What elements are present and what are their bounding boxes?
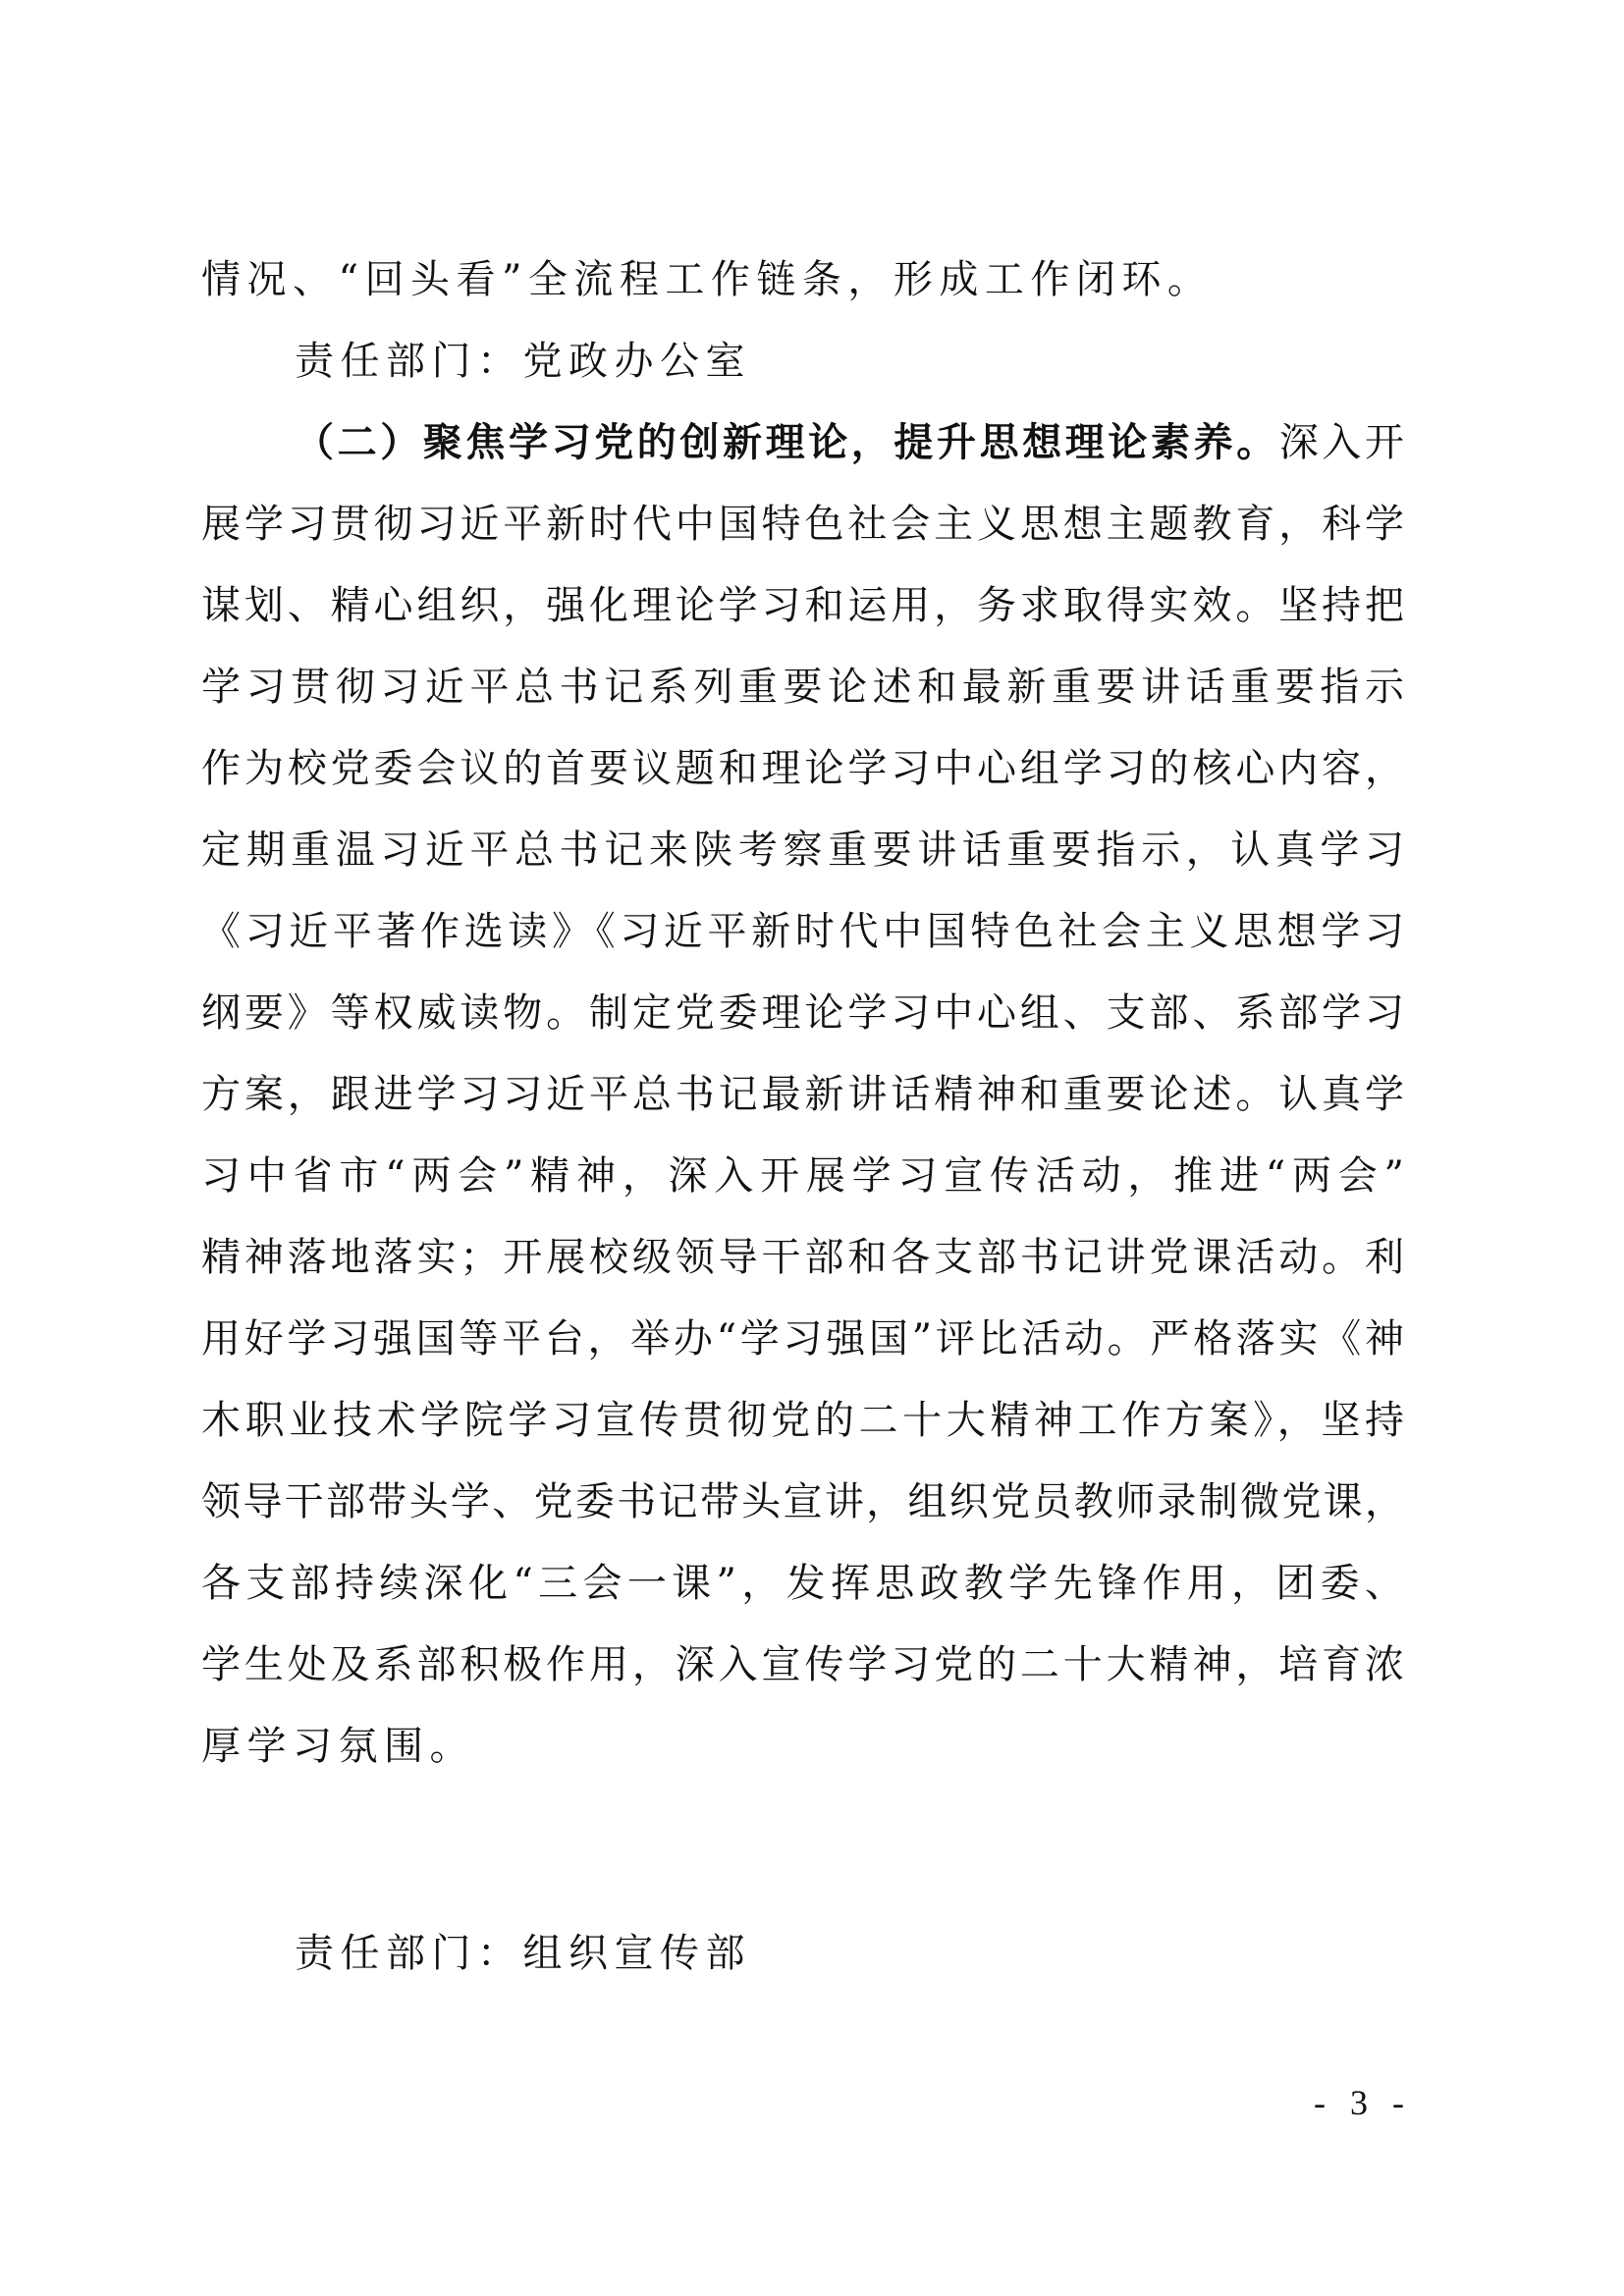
paragraph-line: 用好学习强国等平台，举办“学习强国”评比活动。严格落实《神 — [201, 1309, 1404, 1368]
paragraph-line: 习中省市“两会”精神，深入开展学习宣传活动，推进“两会” — [201, 1147, 1404, 1205]
paragraph-line: 精神落地落实；开展校级领导干部和各支部书记讲党课活动。利 — [201, 1228, 1404, 1287]
paragraph-line: 作为校党委会议的首要议题和理论学习中心组学习的核心内容， — [201, 739, 1404, 798]
section-heading: （二）聚焦学习党的创新理论，提升思想理论素养。 — [295, 420, 1279, 465]
paragraph-line: 谋划、精心组织，强化理论学习和运用，务求取得实效。坚持把 — [201, 576, 1404, 635]
responsible-department-2: 责任部门：组织宣传部 — [295, 1924, 751, 1983]
paragraph-line: 《习近平著作选读》《习近平新时代中国特色社会主义思想学习 — [201, 902, 1404, 961]
paragraph-line: 学习贯彻习近平总书记系列重要论述和最新重要讲话重要指示 — [201, 658, 1404, 717]
paragraph-line: 各支部持续深化“三会一课”，发挥思政教学先锋作用，团委、 — [201, 1554, 1404, 1613]
paragraph-line: 厚学习氛围。 — [201, 1717, 1404, 1776]
paragraph-line: 木职业技术学院学习宣传贯彻党的二十大精神工作方案》，坚持 — [201, 1391, 1404, 1450]
paragraph-line: 学生处及系部积极作用，深入宣传学习党的二十大精神，培育浓 — [201, 1635, 1404, 1694]
paragraph-line: 展学习贯彻习近平新时代中国特色社会主义思想主题教育，科学 — [201, 495, 1404, 554]
document-page: 情况、“回头看”全流程工作链条，形成工作闭环。 责任部门：党政办公室 （二）聚焦… — [0, 0, 1624, 2296]
page-number: - 3 - — [1314, 2078, 1412, 2127]
section-heading-line: （二）聚焦学习党的创新理论，提升思想理论素养。深入开 — [295, 413, 1404, 472]
paragraph-line: 方案，跟进学习习近平总书记最新讲话精神和重要论述。认真学 — [201, 1065, 1404, 1124]
paragraph-line: 纲要》等权威读物。制定党委理论学习中心组、支部、系部学习 — [201, 984, 1404, 1042]
paragraph-line: 定期重温习近平总书记来陕考察重要讲话重要指示，认真学习 — [201, 821, 1404, 880]
responsible-department-1: 责任部门：党政办公室 — [295, 332, 751, 391]
section-heading-continuation: 深入开 — [1279, 420, 1404, 465]
paragraph-line: 领导干部带头学、党委书记带头宣讲，组织党员教师录制微党课， — [201, 1472, 1404, 1531]
paragraph-line: 情况、“回头看”全流程工作链条，形成工作闭环。 — [201, 250, 1404, 309]
